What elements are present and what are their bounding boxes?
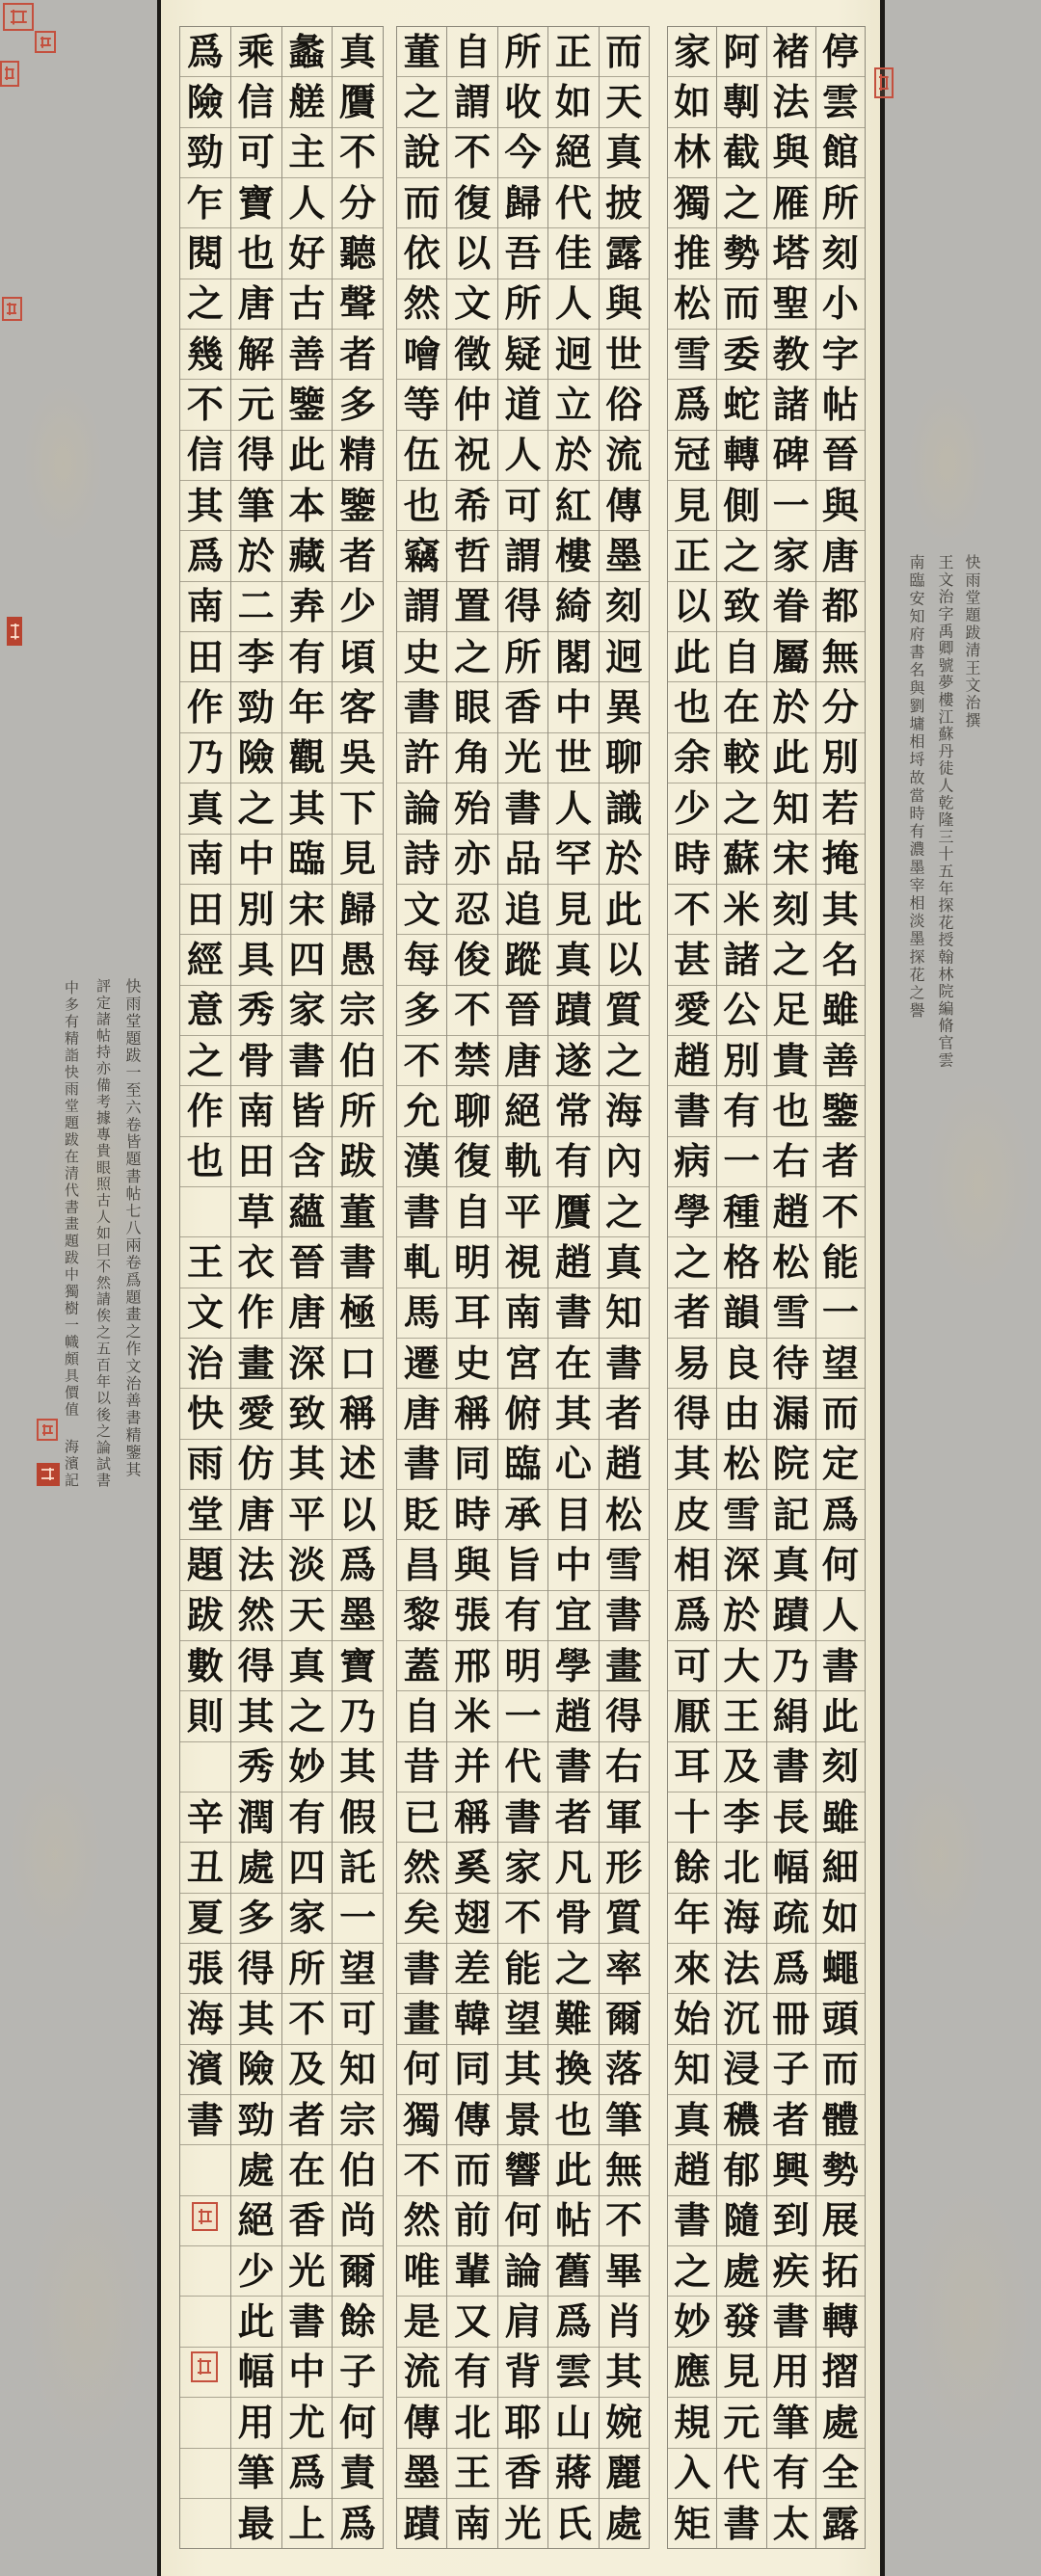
character-cell: 北 (447, 2397, 496, 2447)
character-cell: 以 (333, 1489, 383, 1539)
character-cell: 矣 (397, 1893, 446, 1943)
character-cell: 託 (333, 1842, 383, 1892)
character-cell: 王 (447, 2448, 496, 2498)
character-cell: 宗 (333, 2094, 383, 2144)
character-cell: 口 (333, 1338, 383, 1388)
character-cell: 質 (600, 1893, 649, 1943)
character-cell: 蠅 (816, 1943, 865, 1993)
character-cell: 知 (600, 1288, 649, 1338)
character-cell: 之 (717, 177, 765, 227)
character-cell: 有 (717, 1085, 765, 1135)
character-cell: 然 (397, 1842, 446, 1892)
character-cell: 目 (548, 1489, 598, 1539)
character-cell: 本 (282, 480, 333, 530)
character-cell: 於 (600, 834, 649, 884)
character-cell: 之 (767, 934, 815, 984)
character-cell: 唐 (282, 1288, 333, 1338)
character-cell: 經 (180, 934, 230, 984)
character-cell: 推 (668, 227, 716, 278)
character-cell: 致 (282, 1388, 333, 1438)
character-cell: 南 (447, 2498, 496, 2548)
character-cell: 追 (498, 884, 547, 934)
character-cell: 可 (668, 1640, 716, 1690)
character-cell: 側 (717, 480, 765, 530)
character-cell: 松 (600, 1489, 649, 1539)
character-cell: 畫 (231, 1338, 281, 1388)
character-cell: 晉 (282, 1236, 333, 1287)
character-cell: 趙 (668, 1035, 716, 1085)
character-cell: 得 (498, 581, 547, 631)
character-cell: 何 (816, 1539, 865, 1589)
character-cell: 真 (282, 1640, 333, 1690)
character-cell: 韓 (447, 1993, 496, 2043)
character-cell: 海 (600, 1085, 649, 1135)
character-cell: 所 (333, 1085, 383, 1135)
character-cell: 意 (180, 985, 230, 1035)
character-cell: 唐 (498, 1035, 547, 1085)
character-cell: 論 (498, 2245, 547, 2296)
character-cell: 矩 (668, 2498, 716, 2548)
character-cell: 不 (180, 379, 230, 429)
character-cell: 有 (548, 1136, 598, 1186)
character-cell: 所 (498, 279, 547, 329)
character-cell: 視 (498, 1236, 547, 1287)
character-cell: 復 (447, 1136, 496, 1186)
character-cell: 草 (231, 1186, 281, 1236)
character-cell: 難 (548, 1993, 598, 2043)
character-cell: 趙 (668, 2144, 716, 2194)
left-inscription-column: 中多有精詣快雨堂題跋在清代書畫題跋中獨樹一幟頗具價值 (64, 980, 78, 1419)
character-cell: 少 (333, 581, 383, 631)
character-cell: 翅 (447, 1893, 496, 1943)
character-cell: 都 (816, 581, 865, 631)
character-cell: 絹 (767, 1690, 815, 1740)
character-cell: 山 (548, 2397, 598, 2447)
character-cell: 披 (600, 177, 649, 227)
character-cell: 爲 (282, 2448, 333, 2498)
character-cell: 謂 (498, 530, 547, 580)
character-cell: 勢 (816, 2144, 865, 2194)
character-cell: 張 (447, 1590, 496, 1640)
character-cell: 及 (717, 1741, 765, 1792)
character-cell: 真 (333, 27, 383, 76)
character-cell: 精 (333, 430, 383, 480)
character-cell: 學 (548, 1640, 598, 1690)
character-cell: 辛 (180, 1792, 230, 1842)
character-cell: 蹟 (397, 2498, 446, 2548)
character-cell: 者 (816, 1136, 865, 1186)
character-cell: 轉 (816, 2296, 865, 2346)
character-cell: 學 (668, 1186, 716, 1236)
character-cell: 不 (447, 127, 496, 177)
character-cell: 雪 (600, 1539, 649, 1589)
character-cell: 其 (282, 783, 333, 833)
character-cell: 處 (717, 2245, 765, 2296)
character-cell: 不 (333, 127, 383, 177)
character-cell: 長 (767, 1792, 815, 1842)
character-cell: 歸 (498, 177, 547, 227)
seal-inscription-left-1 (37, 1419, 58, 1441)
character-cell: 弆 (282, 581, 333, 631)
character-cell: 畢 (600, 2245, 649, 2296)
character-cell: 到 (767, 2195, 815, 2245)
character-cell: 良 (717, 1338, 765, 1388)
character-cell: 閱 (180, 227, 230, 278)
character-cell: 已 (397, 1792, 446, 1842)
character-cell: 而 (600, 27, 649, 76)
character-cell: 刻 (600, 581, 649, 631)
character-cell: 唐 (816, 530, 865, 580)
character-cell: 李 (231, 631, 281, 681)
character-cell: 可 (498, 480, 547, 530)
character-cell (180, 2397, 230, 2447)
character-cell: 書 (600, 1590, 649, 1640)
character-cell: 質 (600, 985, 649, 1035)
character-cell: 致 (717, 581, 765, 631)
character-cell: 爲 (548, 2296, 598, 2346)
character-cell: 易 (668, 1338, 716, 1388)
character-cell: 北 (717, 1842, 765, 1892)
character-cell: 右 (767, 1136, 815, 1186)
character-cell: 田 (180, 631, 230, 681)
character-cell: 雲 (816, 76, 865, 126)
character-cell: 世 (600, 329, 649, 379)
character-cell: 換 (548, 2044, 598, 2094)
left-inscription-column: 評定諸帖持亦備考據專貴眼照古人如曰不然請俟之五百年以後之論試書 (95, 978, 110, 1489)
character-cell: 院 (767, 1439, 815, 1489)
seal-mount-top-left-2 (35, 31, 56, 53)
character-cell: 自 (397, 1690, 446, 1740)
character-cell: 竊 (397, 530, 446, 580)
character-cell: 收 (498, 76, 547, 126)
seal-inscription-left-2 (37, 1463, 60, 1486)
character-cell: 作 (180, 1085, 230, 1135)
character-cell: 多 (397, 985, 446, 1035)
character-cell: 軍 (600, 1792, 649, 1842)
character-cell: 松 (668, 279, 716, 329)
character-cell: 筆 (231, 480, 281, 530)
character-cell: 而 (816, 2044, 865, 2094)
character-cell: 傳 (600, 480, 649, 530)
character-cell: 來 (668, 1943, 716, 1993)
character-cell: 史 (447, 1338, 496, 1388)
character-cell: 墨 (333, 1590, 383, 1640)
character-cell: 此 (231, 2296, 281, 2346)
seal-mount-left-4 (2, 297, 22, 321)
character-cell: 多 (231, 1893, 281, 1943)
character-cell: 邢 (447, 1640, 496, 1690)
character-cell: 疾 (767, 2245, 815, 2296)
character-cell: 較 (717, 732, 765, 783)
character-cell: 書 (333, 1236, 383, 1287)
character-cell: 蹟 (548, 985, 598, 1035)
character-cell: 香 (498, 681, 547, 731)
character-cell: 不 (498, 1893, 547, 1943)
character-cell: 有 (447, 2347, 496, 2397)
character-cell: 俗 (600, 379, 649, 429)
character-cell: 以 (600, 934, 649, 984)
character-cell: 背 (498, 2347, 547, 2397)
character-cell: 入 (668, 2448, 716, 2498)
character-cell: 舊 (548, 2245, 598, 2296)
character-cell: 雖 (816, 1792, 865, 1842)
character-cell: 者 (600, 1388, 649, 1438)
character-cell: 子 (767, 2044, 815, 2094)
character-cell: 褚 (767, 27, 815, 76)
character-cell: 得 (231, 1943, 281, 1993)
character-cell: 明 (498, 1640, 547, 1690)
character-cell (180, 2144, 230, 2194)
character-cell: 書 (397, 681, 446, 731)
character-cell: 一 (816, 1288, 865, 1338)
character-cell: 皆 (282, 1085, 333, 1135)
character-cell: 臨 (282, 834, 333, 884)
character-cell: 法 (717, 1943, 765, 1993)
character-cell: 極 (333, 1288, 383, 1338)
character-cell: 爾 (333, 2245, 383, 2296)
text-column: 蠡艖主人好古善鑒此本藏弆有年觀其臨宋四家書皆含蘊晉唐深致其平淡天真之妙有四家所不… (282, 27, 334, 2548)
character-cell: 述 (333, 1439, 383, 1489)
character-cell: 時 (447, 1489, 496, 1539)
character-cell: 人 (282, 177, 333, 227)
character-cell: 品 (498, 834, 547, 884)
character-cell: 耶 (498, 2397, 547, 2447)
character-cell: 今 (498, 127, 547, 177)
character-cell: 真 (668, 2094, 716, 2144)
character-cell: 與 (447, 1539, 496, 1589)
character-cell: 丑 (180, 1842, 230, 1892)
character-cell: 復 (447, 177, 496, 227)
character-cell: 也 (397, 480, 446, 530)
character-cell: 何 (397, 2044, 446, 2094)
seal-mount-top-left-3 (0, 61, 19, 87)
character-cell: 險 (231, 2044, 281, 2094)
character-cell (180, 2498, 230, 2548)
character-cell: 松 (767, 1236, 815, 1287)
character-cell: 幅 (231, 2347, 281, 2397)
character-cell: 見 (548, 884, 598, 934)
character-cell: 自 (447, 27, 496, 76)
character-cell: 有 (767, 2448, 815, 2498)
character-cell: 不 (282, 1993, 333, 2043)
text-column: 乘信可寶也唐解元得筆於二李勁險之中別具秀骨南田草衣作畫愛仿唐法然得其秀潤處多得其… (231, 27, 282, 2548)
character-cell: 亦 (447, 834, 496, 884)
character-cell: 有 (282, 631, 333, 681)
character-cell: 濱 (180, 2044, 230, 2094)
character-cell: 可 (231, 127, 281, 177)
character-cell: 田 (180, 884, 230, 934)
character-cell: 人 (548, 783, 598, 833)
character-cell: 爲 (333, 1539, 383, 1589)
character-cell: 刻 (767, 884, 815, 934)
character-cell: 於 (717, 1590, 765, 1640)
character-cell: 妙 (282, 1741, 333, 1792)
right-inscription-column: 南臨安知府書名與劉墉相埒故當時有濃墨宰相淡墨探花之譽 (908, 554, 923, 1021)
character-cell: 伍 (397, 430, 446, 480)
character-cell: 別 (816, 732, 865, 783)
character-cell: 爾 (600, 1993, 649, 2043)
character-cell: 藏 (282, 530, 333, 580)
character-cell: 眷 (767, 581, 815, 631)
character-cell: 展 (816, 2195, 865, 2245)
character-cell: 書 (816, 1640, 865, 1690)
text-panel-right: 停雲館所刻小字帖晉與唐都無分別若掩其名雖善鑒者不能一望而定爲何人書此刻雖細如蠅頭… (667, 26, 866, 2549)
seal-paper-edge-right (874, 67, 894, 98)
character-cell: 秀 (231, 1741, 281, 1792)
character-cell: 拓 (816, 2245, 865, 2296)
character-cell: 以 (668, 581, 716, 631)
character-cell: 在 (717, 681, 765, 731)
character-cell: 趙 (548, 1690, 598, 1740)
character-cell: 作 (180, 681, 230, 731)
character-cell: 自 (717, 631, 765, 681)
character-cell: 知 (767, 783, 815, 833)
character-cell: 客 (333, 681, 383, 731)
character-cell: 疏 (767, 1893, 815, 1943)
character-cell: 露 (816, 2498, 865, 2548)
character-cell: 雲 (548, 2347, 598, 2397)
character-cell: 深 (717, 1539, 765, 1589)
character-cell: 絕 (231, 2195, 281, 2245)
character-cell: 浸 (717, 2044, 765, 2094)
character-cell: 常 (548, 1085, 598, 1135)
character-cell: 鑒 (333, 480, 383, 530)
character-cell: 平 (498, 1186, 547, 1236)
character-cell: 書 (180, 2094, 230, 2144)
character-cell: 屬 (767, 631, 815, 681)
character-cell: 書 (498, 783, 547, 833)
character-cell: 寶 (333, 1640, 383, 1690)
character-cell: 爲 (180, 27, 230, 76)
character-cell: 天 (600, 76, 649, 126)
character-cell: 子 (333, 2347, 383, 2397)
character-cell: 用 (767, 2347, 815, 2397)
character-cell: 書 (548, 1288, 598, 1338)
character-cell: 隨 (717, 2195, 765, 2245)
character-cell: 祝 (447, 430, 496, 480)
character-cell: 仲 (447, 379, 496, 429)
character-cell: 右 (600, 1741, 649, 1792)
character-cell: 數 (180, 1640, 230, 1690)
character-cell: 疑 (498, 329, 547, 379)
text-column: 董之說而依然噲等伍也竊謂史書許論詩文每多不允漢書軋馬遷唐書貶昌黎蓋自昔已然矣書畫… (397, 27, 447, 2548)
character-cell: 其 (668, 1439, 716, 1489)
character-cell: 不 (447, 985, 496, 1035)
character-cell: 趙 (767, 1186, 815, 1236)
character-cell: 自 (447, 1186, 496, 1236)
character-cell: 全 (816, 2448, 865, 2498)
character-cell: 者 (668, 1288, 716, 1338)
character-cell: 形 (600, 1842, 649, 1892)
character-cell: 之 (600, 1035, 649, 1085)
text-column: 真贋不分聽聲者多精鑒者少頃客吳下見歸愚宗伯所跋董書極口稱述以爲墨寶乃其假託一望可… (333, 27, 383, 2548)
character-cell: 香 (498, 2448, 547, 2498)
character-cell: 如 (668, 76, 716, 126)
character-cell: 然 (397, 279, 446, 329)
character-cell: 格 (717, 1236, 765, 1287)
character-cell: 何 (333, 2397, 383, 2447)
character-cell: 貴 (767, 1035, 815, 1085)
character-cell: 林 (668, 127, 716, 177)
character-cell: 南 (180, 834, 230, 884)
character-cell: 哲 (447, 530, 496, 580)
character-cell: 宋 (282, 884, 333, 934)
character-cell: 公 (717, 985, 765, 1035)
character-cell: 假 (333, 1792, 383, 1842)
character-cell: 善 (282, 329, 333, 379)
character-cell: 乍 (180, 177, 230, 227)
character-cell: 可 (333, 1993, 383, 2043)
text-column: 爲險勁乍閱之幾不信其爲南田作乃真南田經意之作也 王文治快雨堂題跋數則 辛丑夏張海… (180, 27, 231, 2548)
character-cell: 此 (282, 430, 333, 480)
character-cell: 應 (668, 2347, 716, 2397)
character-cell: 南 (231, 1085, 281, 1135)
character-cell: 晉 (816, 430, 865, 480)
character-cell: 能 (498, 1943, 547, 1993)
character-cell: 委 (717, 329, 765, 379)
character-cell: 麗 (600, 2448, 649, 2498)
character-cell: 勢 (717, 227, 765, 278)
character-cell: 代 (717, 2448, 765, 2498)
character-cell: 海 (180, 1993, 230, 2043)
character-cell: 正 (668, 530, 716, 580)
character-cell: 則 (180, 1690, 230, 1740)
character-cell: 聲 (333, 279, 383, 329)
character-cell: 治 (180, 1338, 230, 1388)
character-cell: 率 (600, 1943, 649, 1993)
character-cell: 婉 (600, 2397, 649, 2447)
character-cell: 趙 (600, 1439, 649, 1489)
character-cell: 之 (717, 783, 765, 833)
character-cell: 爲 (668, 379, 716, 429)
character-cell: 勁 (231, 681, 281, 731)
character-cell: 停 (816, 27, 865, 76)
character-cell: 妙 (668, 2296, 716, 2346)
right-inscription-author: 清王文治撰 (963, 642, 981, 730)
character-cell: 愚 (333, 934, 383, 984)
character-cell: 其 (282, 1439, 333, 1489)
character-cell: 內 (600, 1136, 649, 1186)
character-cell: 郁 (717, 2144, 765, 2194)
character-cell: 人 (816, 1590, 865, 1640)
text-column: 正如絕代佳人迥立於紅樓綺閣中世人罕見真蹟遂常有贋趙書在其心目中宜學趙書者凡骨之難… (548, 27, 599, 2548)
character-cell: 也 (668, 681, 716, 731)
character-cell: 冊 (767, 1993, 815, 2043)
character-cell: 家 (668, 27, 716, 76)
character-cell: 相 (668, 1539, 716, 1589)
character-cell: 乘 (231, 27, 281, 76)
character-cell: 聊 (600, 732, 649, 783)
character-cell: 處 (600, 2498, 649, 2548)
character-cell: 光 (498, 732, 547, 783)
character-cell: 落 (600, 2044, 649, 2094)
left-inscription-column: 快雨堂題跋一至六卷皆題書帖七八兩卷爲題畫之作文治善書精鑒其 (124, 978, 140, 1478)
character-cell: 規 (668, 2397, 716, 2447)
character-cell (180, 2296, 230, 2346)
character-cell: 具 (231, 934, 281, 984)
character-cell: 十 (668, 1792, 716, 1842)
character-cell: 遂 (548, 1035, 598, 1085)
character-cell: 文 (447, 279, 496, 329)
character-cell: 深 (282, 1338, 333, 1388)
character-cell: 淡 (282, 1539, 333, 1589)
character-cell: 稱 (447, 1792, 496, 1842)
character-cell: 漏 (767, 1388, 815, 1438)
character-cell: 雨 (180, 1439, 230, 1489)
character-cell: 貶 (397, 1489, 446, 1539)
character-cell: 獨 (668, 177, 716, 227)
seal-artist-2 (191, 2351, 218, 2382)
